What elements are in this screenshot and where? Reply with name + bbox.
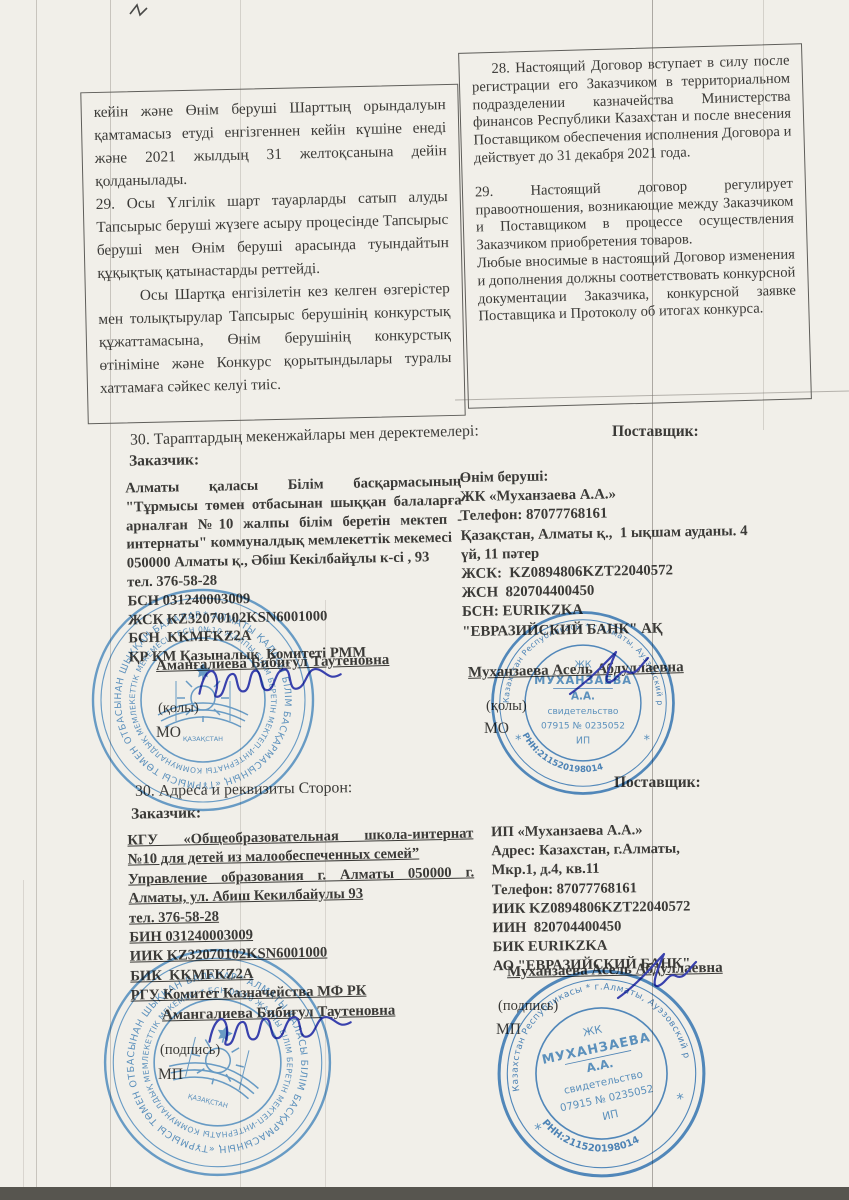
- stamp-center-line: МУХАНЗАЕВА: [534, 674, 632, 687]
- stray-mark: [128, 2, 150, 18]
- scan-line: [36, 0, 37, 1200]
- section-heading-kz: 30. Тараптардың мекенжайлары мен деректе…: [130, 422, 479, 449]
- scan-line: [23, 880, 24, 1200]
- clause-paragraph: кейін және Өнім беруші Шарттың орындалуы…: [93, 93, 447, 193]
- stamp-ring-text: * АЛМАТЫ ҚАЛАСЫ БІЛІМ БАСҚАРМАСЫНЫҢ «ТҰР…: [88, 585, 293, 790]
- clause-paragraph: 28. Настоящий Договор вступает в силу по…: [471, 53, 792, 169]
- scan-edge-shadow: [0, 1187, 849, 1200]
- contract-clauses-kazakh-box: кейін және Өнім беруші Шарттың орындалуы…: [80, 84, 465, 424]
- stamp-center-line: свидетельство: [548, 707, 619, 717]
- clause-paragraph: Осы Шартқа енгізілетін кез келген өзгері…: [98, 277, 453, 400]
- svg-text:* АЛМАТЫ ҚАЛАСЫ БІЛІМ БАСҚАРМА: * АЛМАТЫ ҚАЛАСЫ БІЛІМ БАСҚАРМАСЫНЫҢ «ТҰР…: [88, 585, 293, 790]
- stamp-center-caption: ҚАЗАҚСТАН: [183, 735, 223, 743]
- ip-stamp: Казахстан Республикасы * г.Алматы, Ауэзо…: [474, 946, 729, 1200]
- stamp-center-line: ЖК: [575, 660, 592, 671]
- clause-paragraph: Любые вносимые в настоящий Договор измен…: [477, 247, 797, 327]
- stamp-star-icon: *: [676, 1091, 686, 1108]
- stamp-star-icon: *: [515, 732, 521, 747]
- stamp-center-line: ИП: [601, 1107, 619, 1123]
- kazakhstan-emblem-icon: [158, 663, 248, 727]
- customer-label: Заказчик:: [129, 451, 199, 470]
- school-stamp: * АЛМАТЫ ҚАЛАСЫ БІЛІМ БАСҚАРМАСЫНЫҢ «ТҰР…: [88, 585, 318, 815]
- contract-clauses-russian-box: 28. Настоящий Договор вступает в силу по…: [458, 43, 812, 408]
- stamp-center-line: А.А.: [585, 1056, 614, 1075]
- supplier-label: Поставщик:: [612, 423, 699, 441]
- stamp-center-line: 07915 № 0235052: [541, 721, 625, 731]
- stamp-center-line: ЖК: [582, 1023, 604, 1040]
- stamp-center-line: А.А.: [571, 690, 595, 702]
- stamp-center-line: ИП: [576, 736, 590, 747]
- clause-paragraph: 29. Настоящий договор регулирует правоот…: [475, 175, 795, 255]
- kazakhstan-emblem-icon: [166, 1015, 271, 1101]
- clause-paragraph: 29. Осы Үлгілік шарт тауарларды сатып ал…: [96, 185, 450, 285]
- ip-stamp: Казахстан Республикасы * г.Алматы, Ауэзо…: [488, 608, 678, 798]
- stamp-center-caption: ҚАЗАҚСТАН: [187, 1092, 229, 1110]
- stamp-star-icon: *: [644, 732, 650, 747]
- scanned-contract-page: кейін және Өнім беруші Шарттың орындалуы…: [0, 0, 849, 1200]
